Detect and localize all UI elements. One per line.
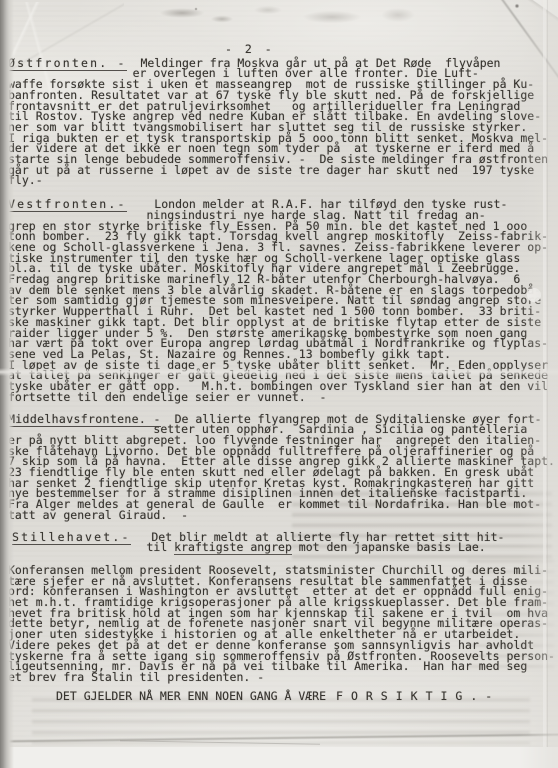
text-segment: mot den japanske basis Lae. (292, 540, 486, 554)
text-segment: til (8, 540, 174, 554)
text-line: går ut på at russerne i løpet av de sist… (8, 165, 554, 176)
text-line: et brev fra Stalin til presidenten. - (8, 672, 554, 683)
section-ostfronten: Østfronten. - Meldinger fra Moskva går u… (8, 58, 554, 186)
torn-left-edge (0, 0, 14, 768)
bottom-paper-curl (0, 747, 558, 768)
text-line: fortsette til den endelige seier er vunn… (8, 392, 554, 403)
section-body: setter uten opphør. Sardinia , Sicilia o… (8, 424, 554, 520)
closing-emphasis: FORSIKTIG.- (336, 689, 500, 703)
section-body-line: til kraftigste angrep mot den japanske b… (8, 542, 554, 553)
section-middelhavsfrontene: Middelhavsfrontene. - De allierte flyang… (8, 414, 554, 521)
section-body: er overlegen i luften over alle fronter.… (8, 68, 554, 186)
closing-warning-line: DET GJELDER NÅ MER ENN NOEN GANG Å VÆREF… (56, 691, 554, 702)
paragraph-conference: Konferansen mellom president Roosevelt, … (8, 565, 554, 683)
text-line: fly.- (8, 175, 554, 186)
closing-text: DET GJELDER NÅ MER ENN NOEN GANG Å VÆRE (56, 689, 326, 703)
text-line: tatt av general Giraud. - (8, 510, 554, 521)
page-number: - 2 - (225, 44, 554, 55)
underlined-text: kraftigste angrep (174, 540, 292, 555)
paper-spot (527, 288, 541, 302)
horizontal-crease (0, 368, 558, 376)
section-stillehavet: Stillehavet.- Det blir meldt at allierte… (8, 532, 554, 553)
